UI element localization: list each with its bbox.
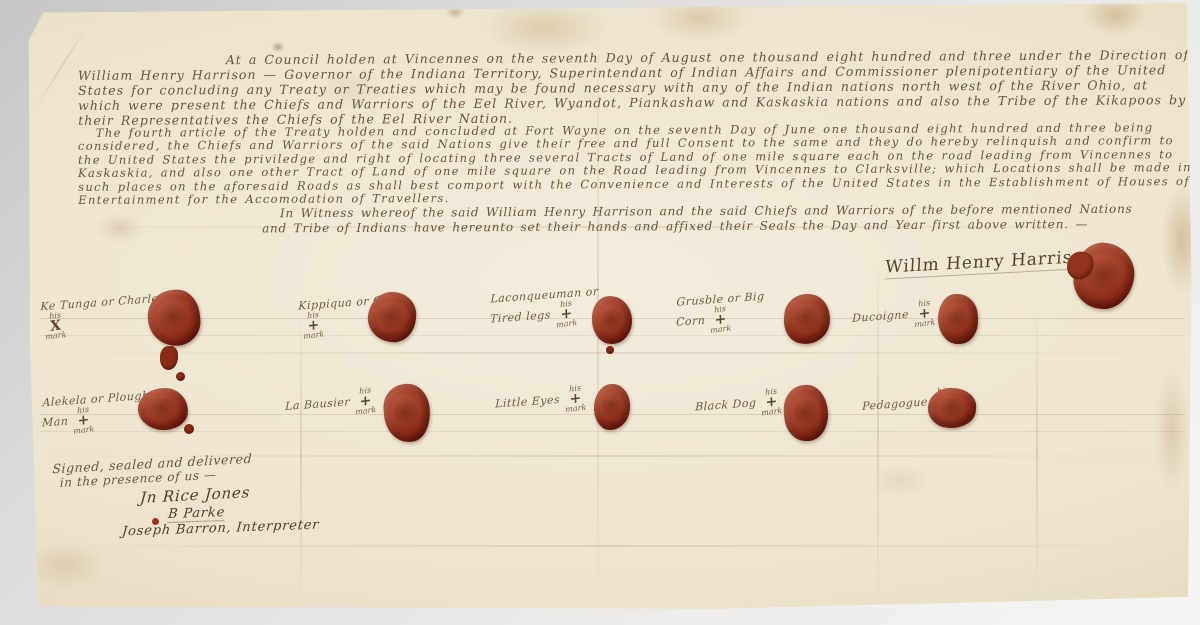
signature-rule-line [40,431,1185,432]
fold-crease [300,300,302,610]
wax-drip [160,346,178,370]
treaty-paragraph-council: At a Council holden at Vincennes on the … [78,47,1196,128]
fold-crease [30,545,1190,547]
signer-name: Black Dog [695,396,757,413]
signer-block-big-corn: Grusble or Big Cornhis+mark [676,288,786,337]
his-mark-annotation: his+mark [761,387,783,418]
signer-name: Ducoigne [852,308,909,325]
wax-speck [152,518,159,525]
wax-drip [184,424,194,434]
his-mark-annotation: his+mark [710,304,732,335]
his-mark-annotation: his+mark [913,299,935,330]
fold-crease [1036,300,1038,600]
treaty-paragraph-witness-clause: In Witness whereof the said William Henr… [262,202,1162,236]
his-mark-annotation: his+mark [73,405,95,436]
wax-drip [176,372,185,381]
wax-seal-pedagogue [927,386,978,429]
treaty-paragraph-fourth-article: The fourth article of the Treaty holden … [78,121,1196,207]
parchment-document: At a Council holden at Vincennes on the … [0,0,1200,625]
his-mark-annotation: his+mark [555,299,577,330]
wax-seal-big-corn [782,292,833,347]
signer-name: Laconqueuman or Tired legs [490,285,599,326]
wax-seal-tired-legs [591,295,633,345]
signer-name: La Bausier [285,395,350,413]
harrison-signature: Willm Henry Harrison [885,246,1096,279]
his-mark-annotation: his+mark [303,310,325,341]
wax-drip [606,346,614,354]
his-mark-annotation: his+mark [565,384,587,415]
his-mark-annotation: his+mark [355,386,377,417]
signer-name: Pedagogue [862,395,928,413]
signer-name: Alekela or Plough Man [42,389,150,430]
signer-name: Little Eyes [495,393,560,411]
witness-signature-jones: Jn Rice Jones [139,483,250,507]
his-mark-annotation: hisXmark [45,311,67,342]
